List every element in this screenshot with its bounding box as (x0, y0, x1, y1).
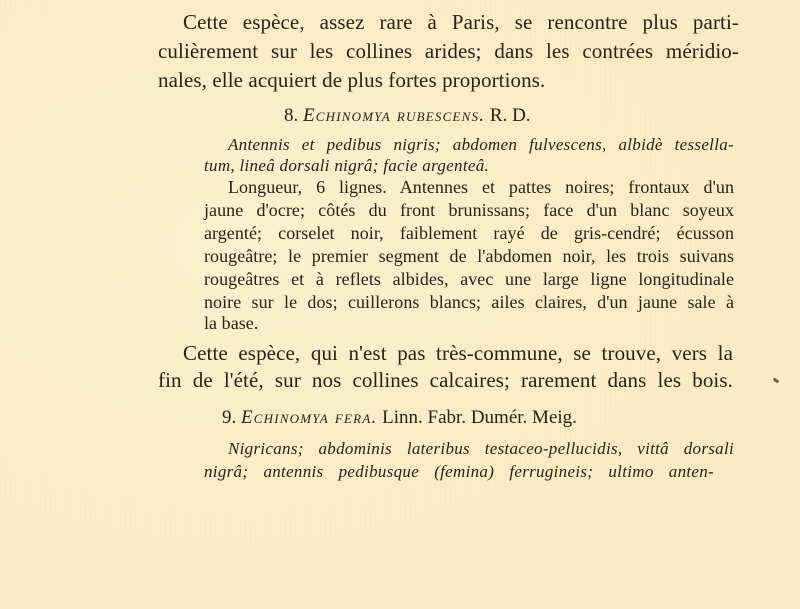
species-8-habitat-line-1: Cette espèce, qui n'est pas très-commune… (183, 343, 733, 364)
species-9-diagnosis-line-2: nigrâ; antennis pedibusque (femina) ferr… (204, 463, 714, 480)
paragraph-1-line-1: Cette espèce, assez rare à Paris, se ren… (183, 12, 739, 33)
species-8-description-line-6: noire sur le dos; cuillerons blancs; ail… (204, 293, 734, 311)
species-8-description-line-2: jaune d'ocre; côtés du front brunissans;… (204, 201, 734, 219)
species-9-heading: 9. Echinomya fera. Linn. Fabr. Dumér. Me… (222, 408, 577, 427)
species-8-description-line-4: rougeâtre; le premier segment de l'abdom… (204, 247, 734, 265)
species-9-diagnosis-line-1: Nigricans; abdominis lateribus testaceo-… (228, 440, 734, 457)
species-9-name: Echinomya fera. (241, 407, 377, 428)
species-8-description-line-1: Longueur, 6 lignes. Antennes et pattes n… (228, 178, 734, 196)
species-8-habitat-line-2: fin de l'été, sur nos collines calcaires… (158, 370, 733, 391)
species-8-description-line-5: rougeâtres et à reflets albides, avec un… (204, 270, 734, 288)
species-8-description-line-7: la base. (204, 314, 258, 332)
species-8-authority: R. D. (490, 105, 531, 126)
book-page: Cette espèce, assez rare à Paris, se ren… (0, 0, 800, 609)
paper-speck (773, 378, 780, 384)
paragraph-1-line-2: culièrement sur les collines arides; dan… (158, 41, 739, 62)
paragraph-1-line-3: nales, elle acquiert de plus fortes prop… (158, 70, 545, 91)
species-8-diagnosis-line-1: Antennis et pedibus nigris; abdomen fulv… (228, 136, 734, 153)
species-9-number: 9. (222, 407, 236, 428)
species-8-name: Echinomya rubescens. (303, 105, 485, 126)
species-8-diagnosis-line-2: tum, lineâ dorsali nigrâ; facie argenteâ… (204, 157, 489, 174)
species-8-number: 8. (284, 105, 298, 126)
species-9-authority: Linn. Fabr. Dumér. Meig. (382, 407, 577, 428)
species-8-heading: 8. Echinomya rubescens. R. D. (284, 106, 531, 125)
species-8-description-line-3: argenté; corselet noir, faiblement rayé … (204, 224, 734, 242)
